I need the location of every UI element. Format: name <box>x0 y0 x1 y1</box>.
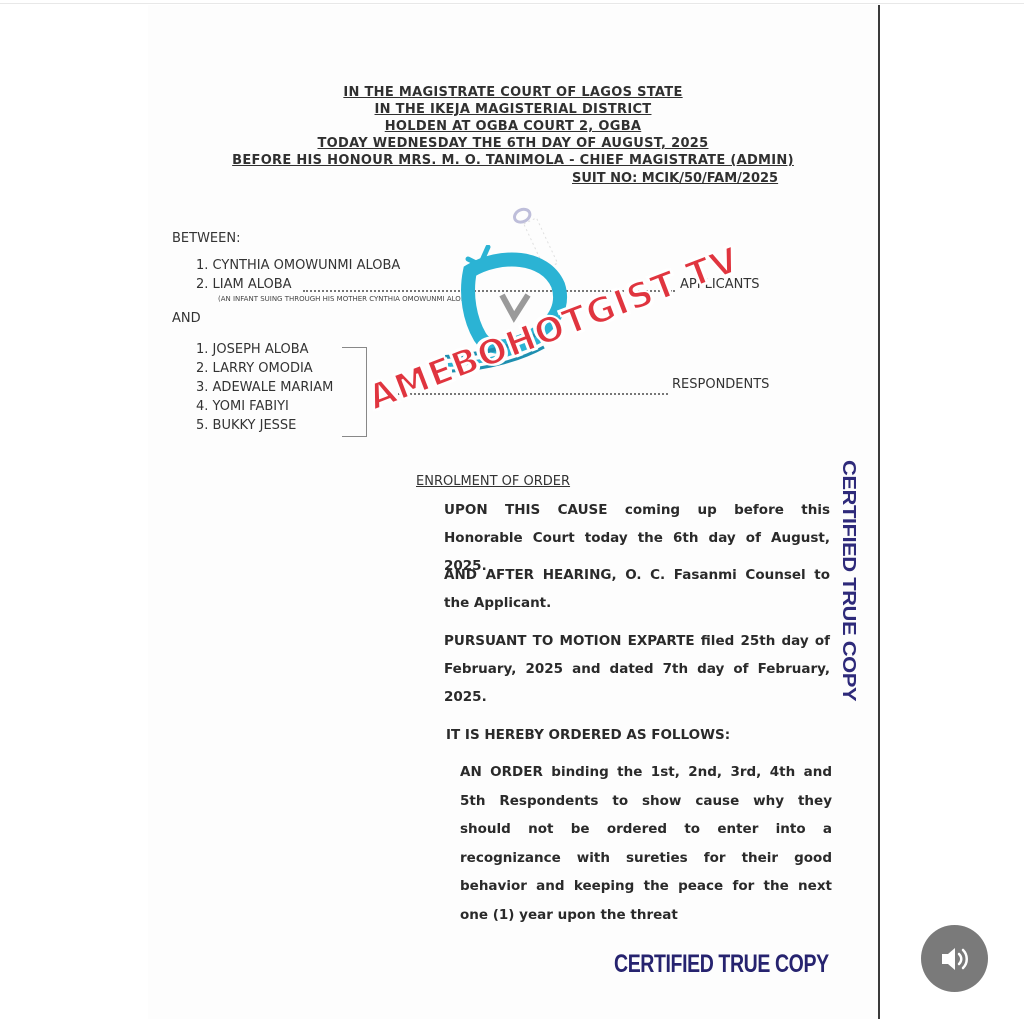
respondent-3: 3. ADEWALE MARIAM <box>196 380 333 395</box>
applicant-1: 1. CYNTHIA OMOWUNMI ALOBA <box>196 258 400 273</box>
paragraph-order-binding: AN ORDER binding the 1st, 2nd, 3rd, 4th … <box>460 758 832 929</box>
respondent-2: 2. LARRY OMODIA <box>196 361 313 376</box>
respondent-5: 5. BUKKY JESSE <box>196 418 296 433</box>
page-edge <box>878 5 880 1019</box>
court-header-line-1: IN THE MAGISTRATE COURT OF LAGOS STATE <box>148 85 878 100</box>
between-label: BETWEEN: <box>172 231 240 246</box>
respondents-bracket <box>342 347 367 437</box>
certified-stamp-vertical: CERTIFIED TRUE COPY <box>838 460 860 701</box>
paragraph-ordered: IT IS HEREBY ORDERED AS FOLLOWS: <box>446 721 832 749</box>
court-header-line-4: TODAY WEDNESDAY THE 6TH DAY OF AUGUST, 2… <box>148 136 878 151</box>
section-title: ENROLMENT OF ORDER <box>416 474 570 489</box>
respondent-4: 4. YOMI FABIYI <box>196 399 289 414</box>
speaker-icon <box>939 945 971 973</box>
court-header-line-3: HOLDEN AT OGBA COURT 2, OGBA <box>148 119 878 134</box>
and-label: AND <box>172 311 201 326</box>
document-page: IN THE MAGISTRATE COURT OF LAGOS STATE I… <box>148 5 878 1019</box>
suit-number: SUIT NO: MCIK/50/FAM/2025 <box>572 171 778 186</box>
applicant-2: 2. LIAM ALOBA <box>196 277 292 292</box>
court-header-line-5: BEFORE HIS HONOUR MRS. M. O. TANIMOLA - … <box>148 153 878 168</box>
applicant-note: (AN INFANT SUING THROUGH HIS MOTHER CYNT… <box>218 295 473 303</box>
paragraph-after-hearing: AND AFTER HEARING, O. C. Fasanmi Counsel… <box>444 561 830 617</box>
paragraph-pursuant: PURSUANT TO MOTION EXPARTE filed 25th da… <box>444 627 830 711</box>
audio-toggle-button[interactable] <box>921 925 988 992</box>
certified-stamp-bottom: CERTIFIED TRUE COPY <box>614 950 829 979</box>
respondent-1: 1. JOSEPH ALOBA <box>196 342 309 357</box>
court-header-line-2: IN THE IKEJA MAGISTERIAL DISTRICT <box>148 102 878 117</box>
respondents-label: RESPONDENTS <box>672 377 769 392</box>
top-divider <box>0 3 1024 4</box>
